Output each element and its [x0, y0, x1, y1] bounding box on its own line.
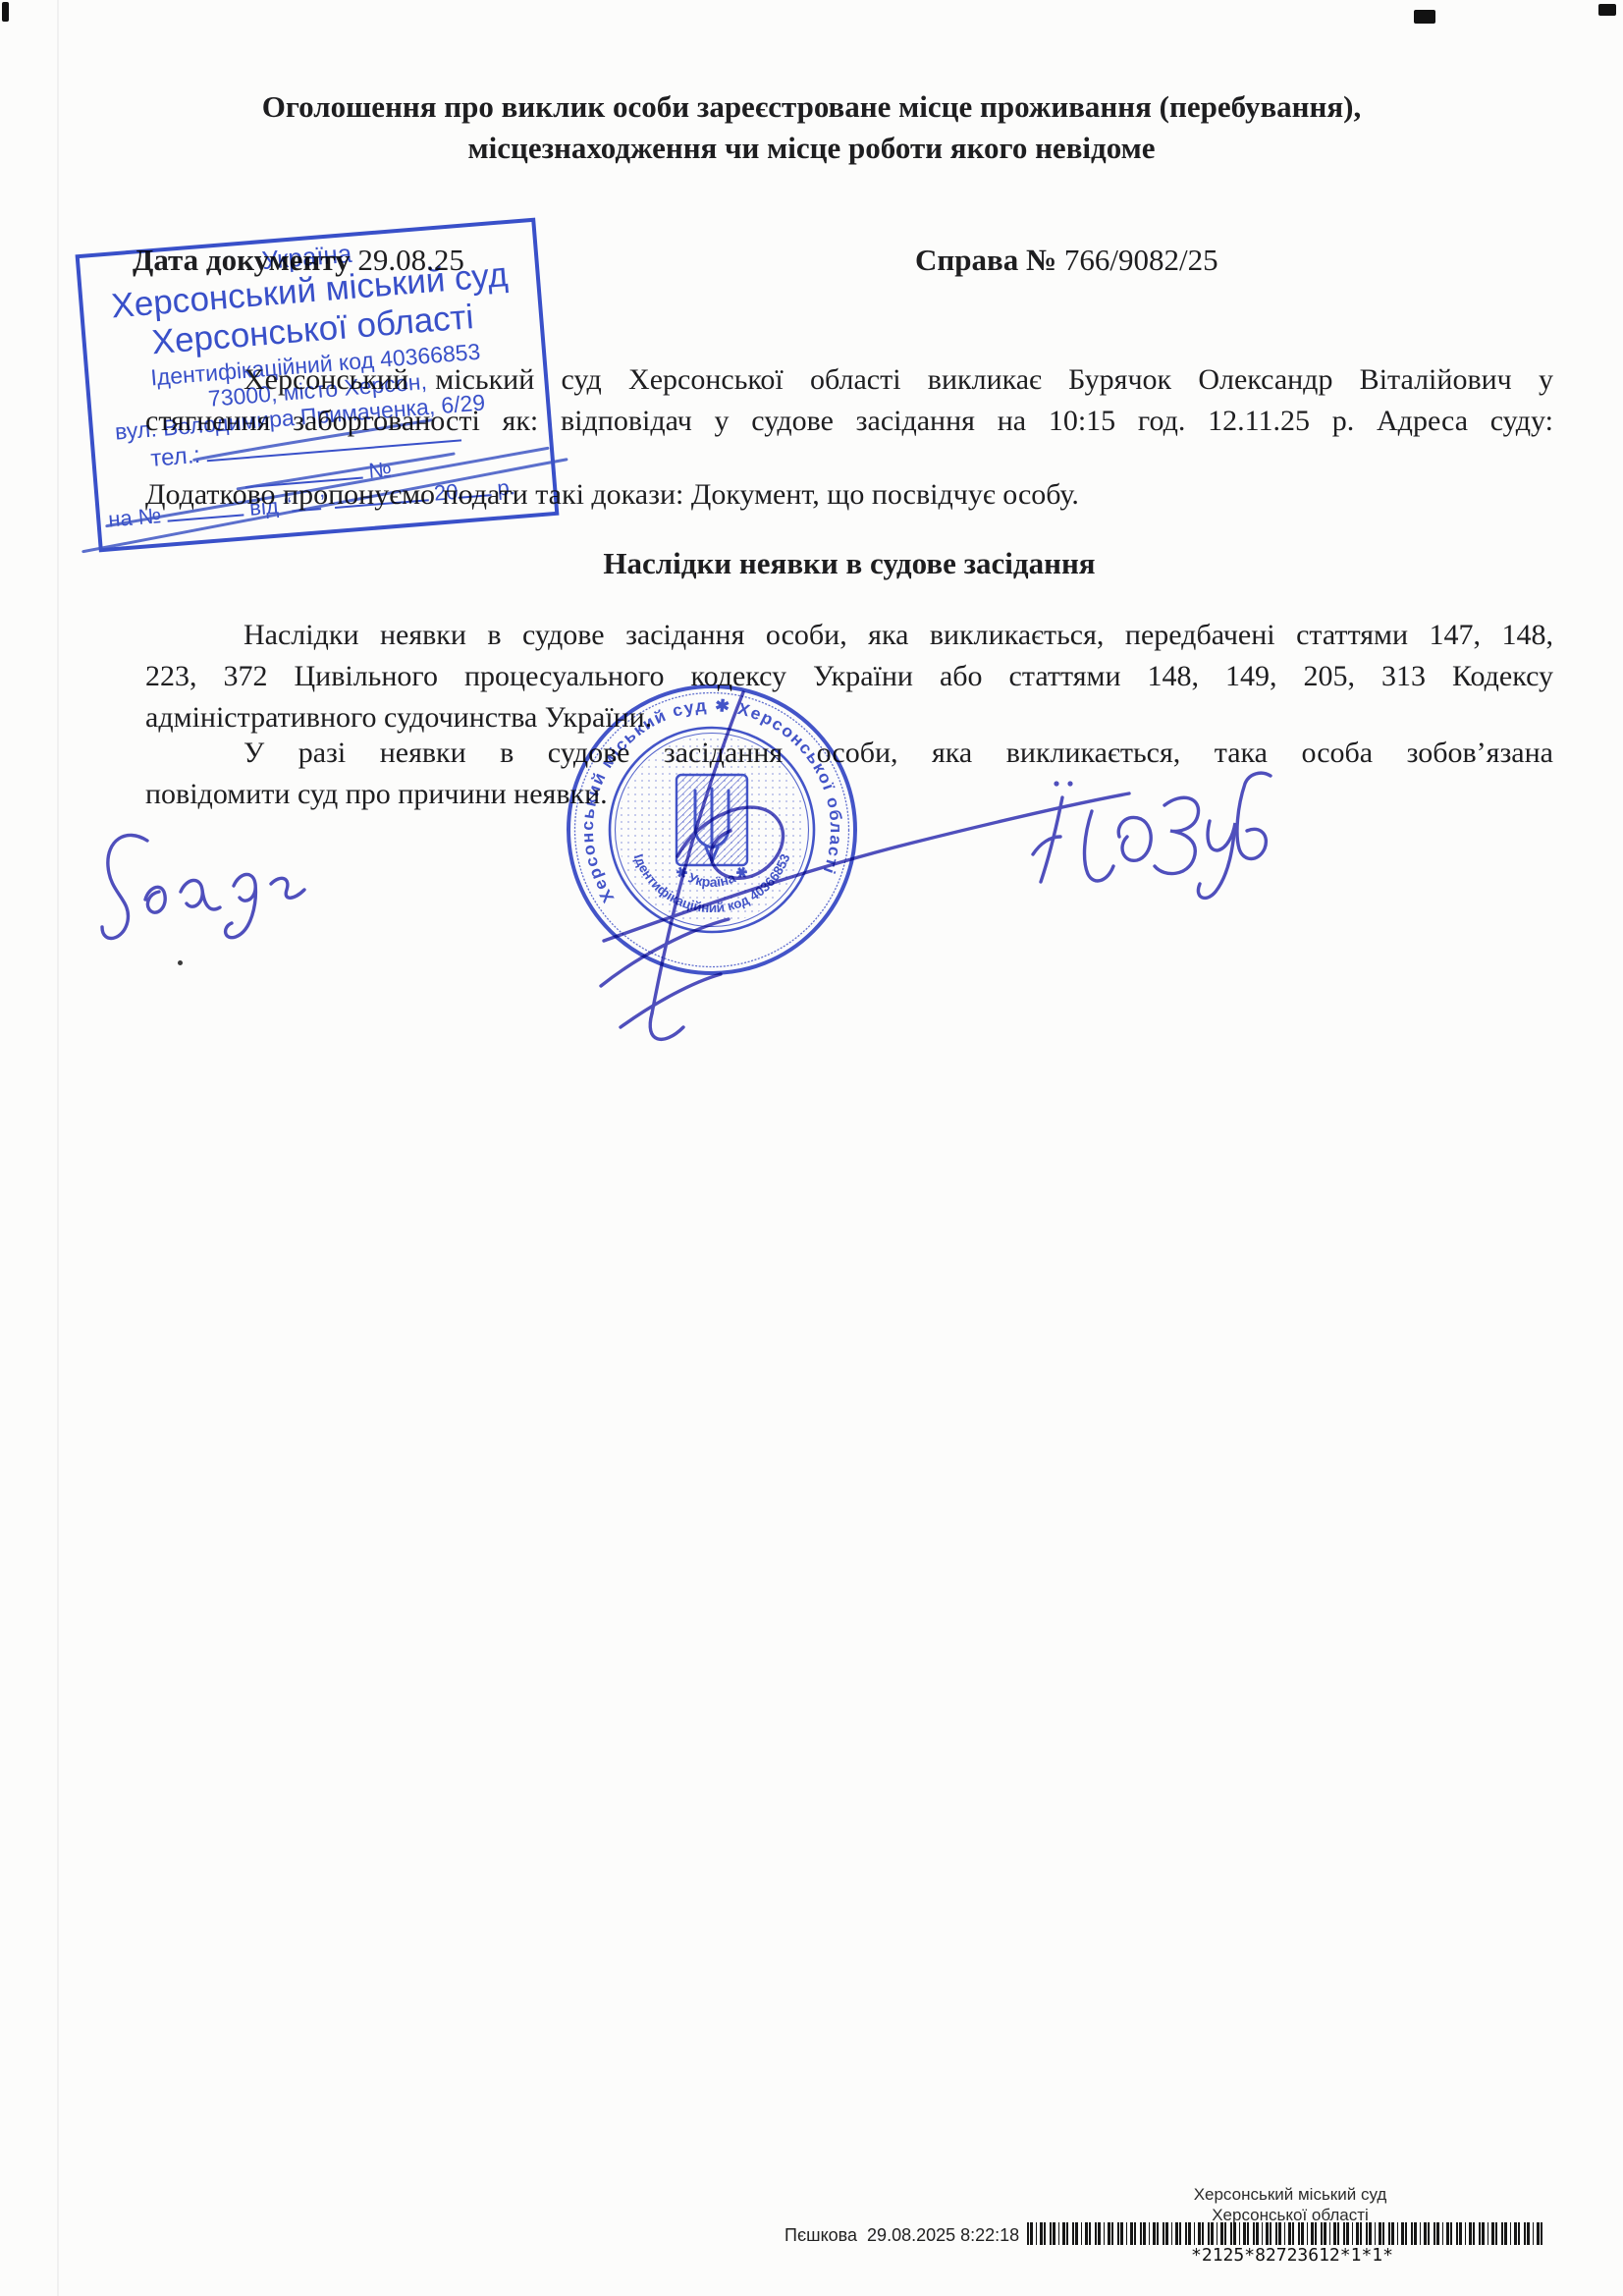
- scan-artifact: [1414, 10, 1435, 24]
- stamp-pen-strokes: [80, 222, 555, 548]
- footer-clerk-name: Пєшкова: [784, 2225, 857, 2245]
- consequences-line-1: Наслідки неявки в судове засідання особи…: [145, 615, 1553, 656]
- case-label: Справа №: [915, 243, 1056, 277]
- document-barcode: [1027, 2222, 1543, 2245]
- footer-court-line1: Херсонський міський суд: [1094, 2184, 1487, 2205]
- document-title-line2: місцезнаходження чи місце роботи якого н…: [0, 128, 1623, 169]
- footer-court-name: Херсонський міський суд Херсонської обла…: [1094, 2184, 1487, 2225]
- document-title-line1: Оголошення про виклик особи зареєстрован…: [0, 86, 1623, 128]
- case-number: Справа № 766/9082/25: [915, 242, 1218, 279]
- footer-print-datetime: 29.08.2025 8:22:18: [867, 2225, 1019, 2245]
- paper-fold-line: [57, 0, 59, 2296]
- court-rubber-stamp: Україна Херсонський міський суд Херсонсь…: [76, 218, 560, 553]
- court-seal: Херсонський міський суд ✱ Херсонської об…: [565, 683, 859, 977]
- scanned-court-document: Оголошення про виклик особи зареєстрован…: [0, 0, 1623, 2296]
- consequences-heading: Наслідки неявки в судове засідання: [145, 546, 1553, 581]
- judge-signature: [102, 835, 304, 938]
- scan-artifact: [2, 2, 9, 22]
- case-value: 766/9082/25: [1064, 243, 1218, 277]
- footer-print-info: Пєшкова 29.08.2025 8:22:18: [784, 2225, 1019, 2246]
- barcode-text: *2125*82723612*1*1*: [1135, 2245, 1449, 2266]
- scan-artifact: [1598, 4, 1616, 16]
- ink-dot: [178, 960, 183, 965]
- trident-emblem-icon: [676, 775, 747, 865]
